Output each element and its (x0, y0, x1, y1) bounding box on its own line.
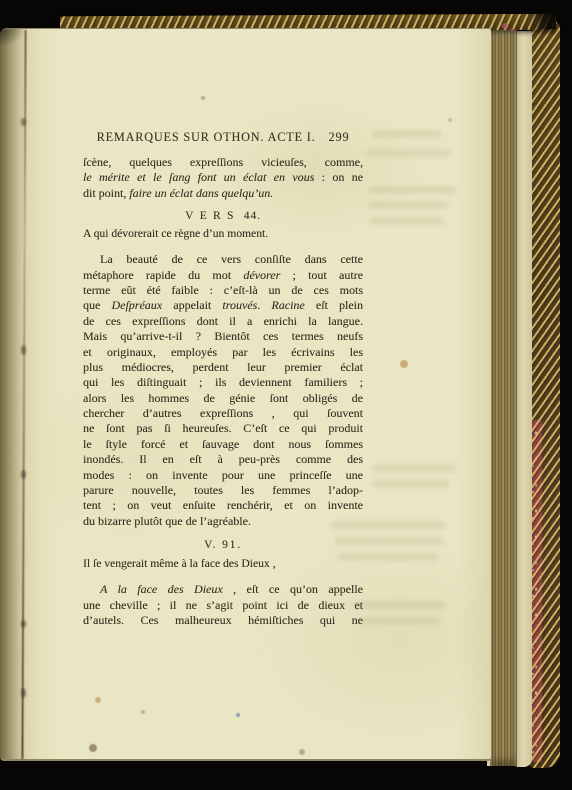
roman-text: modes : on invente pour une princeſſe un… (83, 468, 363, 482)
text-line: inondés. Il en eſt à peu-près comme des (83, 452, 363, 467)
crease-mark (21, 470, 26, 479)
italic-text: Deſpréaux (111, 298, 162, 312)
text-line: du bizarre plutôt que de l’agréable. (83, 514, 363, 529)
text-line: parure nouvelle, toutes les femmes l’ado… (83, 483, 363, 498)
foxing-spot (502, 23, 508, 29)
roman-text: de ces expreſſions dont il a enrichi la … (83, 314, 363, 328)
roman-text: alors les hommes de génie ſont obligés d… (83, 391, 363, 405)
roman-text: et originaux, employés par les écrivains… (83, 345, 363, 359)
crease-mark (21, 688, 26, 698)
roman-text: : on ne (314, 170, 363, 184)
roman-text: Mais qu’arrive-t-il ? Bientôt ces termes… (83, 329, 363, 343)
paragraph: A la face des Dieux , eſt ce qu’on appel… (83, 582, 363, 628)
crease-mark (21, 620, 26, 628)
foxing-spot (89, 744, 97, 752)
text-line: qui les diſtinguait ; ils deviennent fam… (83, 375, 363, 390)
foxing-spot (510, 28, 514, 32)
foxing-spot (299, 749, 305, 755)
text-line: métaphore rapide du mot dévorer ; tout a… (83, 268, 363, 283)
italic-text: faire un éclat dans quelqu’un. (129, 186, 273, 200)
roman-text: A qui dévorerait ce règne d’un moment. (83, 227, 268, 240)
flyleaf-edge (516, 31, 532, 767)
bleed-through-mark (366, 149, 450, 157)
text-line: une cheville ; il ne s’agit point ici de… (83, 598, 363, 613)
heading-word: VERS (185, 210, 240, 222)
roman-text: ne ſont pas ſi heureuſes. C’eſt ce qui p… (83, 421, 363, 435)
text-line: d’autels. Ces malheureux hémiſtiches qui… (83, 613, 363, 628)
page-number: 299 (329, 130, 350, 145)
roman-text: tent ; on veut enſuite renchérir, et on … (83, 498, 363, 512)
bleed-through-mark (368, 201, 448, 209)
text-line: ſcène, quelques expreſſions vicieuſes, c… (83, 155, 363, 170)
text-line: le mérite et le ſang font un éclat en vo… (83, 170, 363, 185)
paragraph: La beauté de ce vers conſiſte dans cette… (83, 252, 363, 529)
crease-mark (21, 118, 26, 126)
bleed-through-mark (372, 480, 450, 488)
roman-text: Il ſe vengerait même à la face des Dieux… (83, 557, 276, 570)
section-heading: V. 91. (83, 538, 363, 552)
italic-text: le mérite et le ſang font un éclat en vo… (83, 170, 314, 184)
text-line: Il ſe vengerait même à la face des Dieux… (83, 556, 363, 571)
text-line: tent ; on veut enſuite renchérir, et on … (83, 498, 363, 513)
italic-text: dévorer (243, 268, 280, 282)
text-column: REMARQUES SUR OTHON. ACTE I. 299 ſcène, … (83, 130, 363, 628)
roman-text: , eſt ce qu’on appelle (223, 582, 363, 596)
text-line: dit point, faire un éclat dans quelqu’un… (83, 186, 363, 201)
bleed-through-mark (372, 130, 442, 138)
text-line: le ſtyle forcé et ſauvage dont nous ſomm… (83, 437, 363, 452)
bleed-through-mark (338, 553, 438, 561)
roman-text: inondés. Il en eſt à peu-près comme des (83, 452, 363, 466)
bleed-through-mark (370, 217, 444, 225)
text-line: alors les hommes de génie ſont obligés d… (83, 391, 363, 406)
text-line: Mais qu’arrive-t-il ? Bientôt ces termes… (83, 329, 363, 344)
text-line: ne ſont pas ſi heureuſes. C’eſt ce qui p… (83, 421, 363, 436)
bleed-through-mark (330, 521, 446, 529)
heading-number: 44. (244, 210, 261, 222)
text-line: terme eût été faible : c’eſt-là un de ce… (83, 283, 363, 298)
roman-text: métaphore rapide du mot (83, 268, 243, 282)
bleed-through-mark (352, 601, 446, 609)
roman-text: le ſtyle forcé et ſauvage dont nous ſomm… (83, 437, 363, 451)
binding-fore-edge (529, 20, 560, 768)
crease-mark (21, 345, 26, 355)
roman-text: terme eût été faible : c’eſt-là un de ce… (83, 283, 363, 297)
verse-line: Il ſe vengerait même à la face des Dieux… (83, 556, 363, 571)
paragraph: ſcène, quelques expreſſions vicieuſes, c… (83, 155, 363, 201)
bleed-through-mark (372, 464, 456, 472)
roman-text: chercher d’autres expreſſions , qui ſouv… (83, 406, 363, 420)
roman-text: dit point, (83, 186, 129, 200)
foxing-spot (95, 697, 101, 703)
roman-text: du bizarre plutôt que de l’agréable. (83, 514, 251, 528)
bleed-through-mark (334, 537, 444, 545)
italic-text: Racine (271, 298, 304, 312)
foxing-spot (400, 360, 408, 368)
roman-text: ; tout autre (280, 268, 363, 282)
roman-text: d’autels. Ces malheureux hémiſtiches qui… (83, 613, 363, 627)
roman-text: La beauté de ce vers conſiſte dans cette (100, 252, 363, 266)
roman-text: ſcène, quelques expreſſions vicieuſes, c… (83, 155, 363, 169)
text-line: La beauté de ce vers conſiſte dans cette (83, 252, 363, 267)
bleed-through-mark (360, 617, 440, 625)
foxing-spot (141, 710, 145, 714)
section-heading: VERS44. (83, 209, 363, 223)
roman-text: parure nouvelle, toutes les femmes l’ado… (83, 483, 363, 497)
roman-text: eſt plein (305, 298, 363, 312)
roman-text: appelait (162, 298, 222, 312)
italic-text: trouvés (222, 298, 257, 312)
italic-text: A la face des Dieux (100, 582, 223, 596)
photo-canvas: REMARQUES SUR OTHON. ACTE I. 299 ſcène, … (0, 0, 572, 790)
foxing-spot (236, 713, 240, 717)
text-line: A qui dévorerait ce règne d’un moment. (83, 226, 363, 241)
roman-text: que (83, 298, 111, 312)
foxing-spot (201, 96, 205, 100)
roman-text: plus médiocres, perdent leur premier écl… (83, 360, 363, 374)
text-line: A la face des Dieux , eſt ce qu’on appel… (83, 582, 363, 597)
text-line: que Deſpréaux appelait trouvés. Racine e… (83, 298, 363, 313)
text-line: de ces expreſſions dont il a enrichi la … (83, 314, 363, 329)
text-line: chercher d’autres expreſſions , qui ſouv… (83, 406, 363, 421)
roman-text: . (257, 298, 271, 312)
verse-line: A qui dévorerait ce règne d’un moment. (83, 226, 363, 241)
text-line: plus médiocres, perdent leur premier écl… (83, 360, 363, 375)
running-header: REMARQUES SUR OTHON. ACTE I. 299 (83, 130, 363, 145)
roman-text: une cheville ; il ne s’agit point ici de… (83, 598, 363, 612)
foxing-spot (448, 118, 452, 122)
running-header-title: REMARQUES SUR OTHON. ACTE I. (97, 130, 316, 145)
page-block-fore-edge (487, 27, 517, 766)
bleed-through-mark (368, 186, 456, 194)
text-line: et originaux, employés par les écrivains… (83, 345, 363, 360)
roman-text: qui les diſtinguait ; ils deviennent fam… (83, 375, 363, 389)
text-line: modes : on invente pour une princeſſe un… (83, 468, 363, 483)
